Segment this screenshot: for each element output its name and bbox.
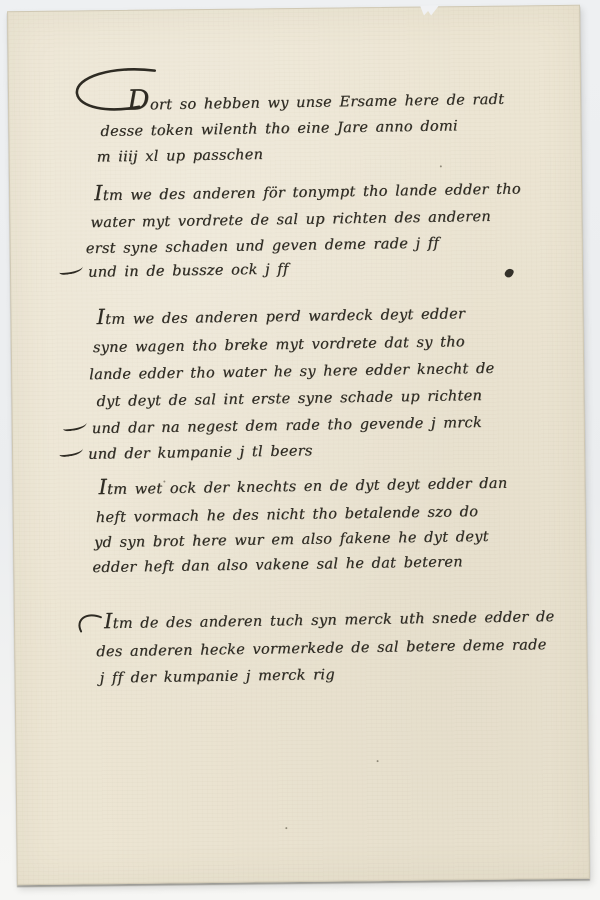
paragraph: Itm we des anderen perd wardeck deyt edd…	[8, 6, 579, 12]
ink-blot	[504, 267, 515, 278]
paper-speck	[163, 481, 165, 483]
photo-background: Dort so hebben wy unse Ersame here de ra…	[0, 0, 600, 900]
text-line: edder heft dan also vakene sal he dat be…	[92, 554, 463, 576]
text-line: Itm we des anderen för tonympt tho lande…	[94, 182, 521, 205]
paper-speck	[250, 342, 252, 344]
text-line: des anderen hecke vormerkede de sal bete…	[96, 637, 546, 660]
text-line: Itm we des anderen perd wardeck deyt edd…	[96, 306, 465, 328]
text-line: yd syn brot here wur em also fakene he d…	[94, 529, 489, 551]
manuscript-page: Dort so hebben wy unse Ersame here de ra…	[7, 5, 590, 885]
text-line: m iiij xl up passchen	[97, 147, 264, 166]
text-line: lande edder tho water he sy here edder k…	[89, 361, 495, 383]
text-line: Itm de des anderen tuch syn merck uth sn…	[104, 609, 555, 632]
text-line: heft vormach he des nicht tho betalende …	[96, 504, 479, 526]
text-line: dyt deyt de sal int erste syne schade up…	[96, 388, 482, 410]
text-line: Itm wet ock der knechts en de dyt deyt e…	[98, 476, 507, 498]
paragraph: Itm we des anderen för tonympt tho lande…	[8, 6, 579, 12]
text-line: und in de bussze ock j ff	[59, 262, 289, 282]
paper-speck	[285, 827, 287, 829]
paper-edge-notch	[420, 5, 439, 15]
text-line: j ff der kumpanie j merck rig	[100, 667, 335, 687]
text-line: syne wagen tho breke myt vordrete dat sy…	[93, 334, 465, 356]
text-line: erst syne schaden und geven deme rade j …	[86, 236, 440, 258]
paragraph: Itm de des anderen tuch syn merck uth sn…	[8, 6, 579, 12]
paragraph: Itm wet ock der knechts en de dyt deyt e…	[8, 6, 579, 12]
paragraph: Dort so hebben wy unse Ersame here de ra…	[8, 6, 579, 12]
text-line: Dort so hebben wy unse Ersame here de ra…	[127, 90, 504, 114]
paper-speck	[377, 760, 379, 762]
text-line: und dar na negest dem rade tho gevende j…	[63, 415, 482, 438]
paper-speck	[440, 165, 442, 167]
text-line: und der kumpanie j tl beers	[59, 443, 313, 463]
text-line: water myt vordrete de sal up richten des…	[90, 209, 491, 231]
